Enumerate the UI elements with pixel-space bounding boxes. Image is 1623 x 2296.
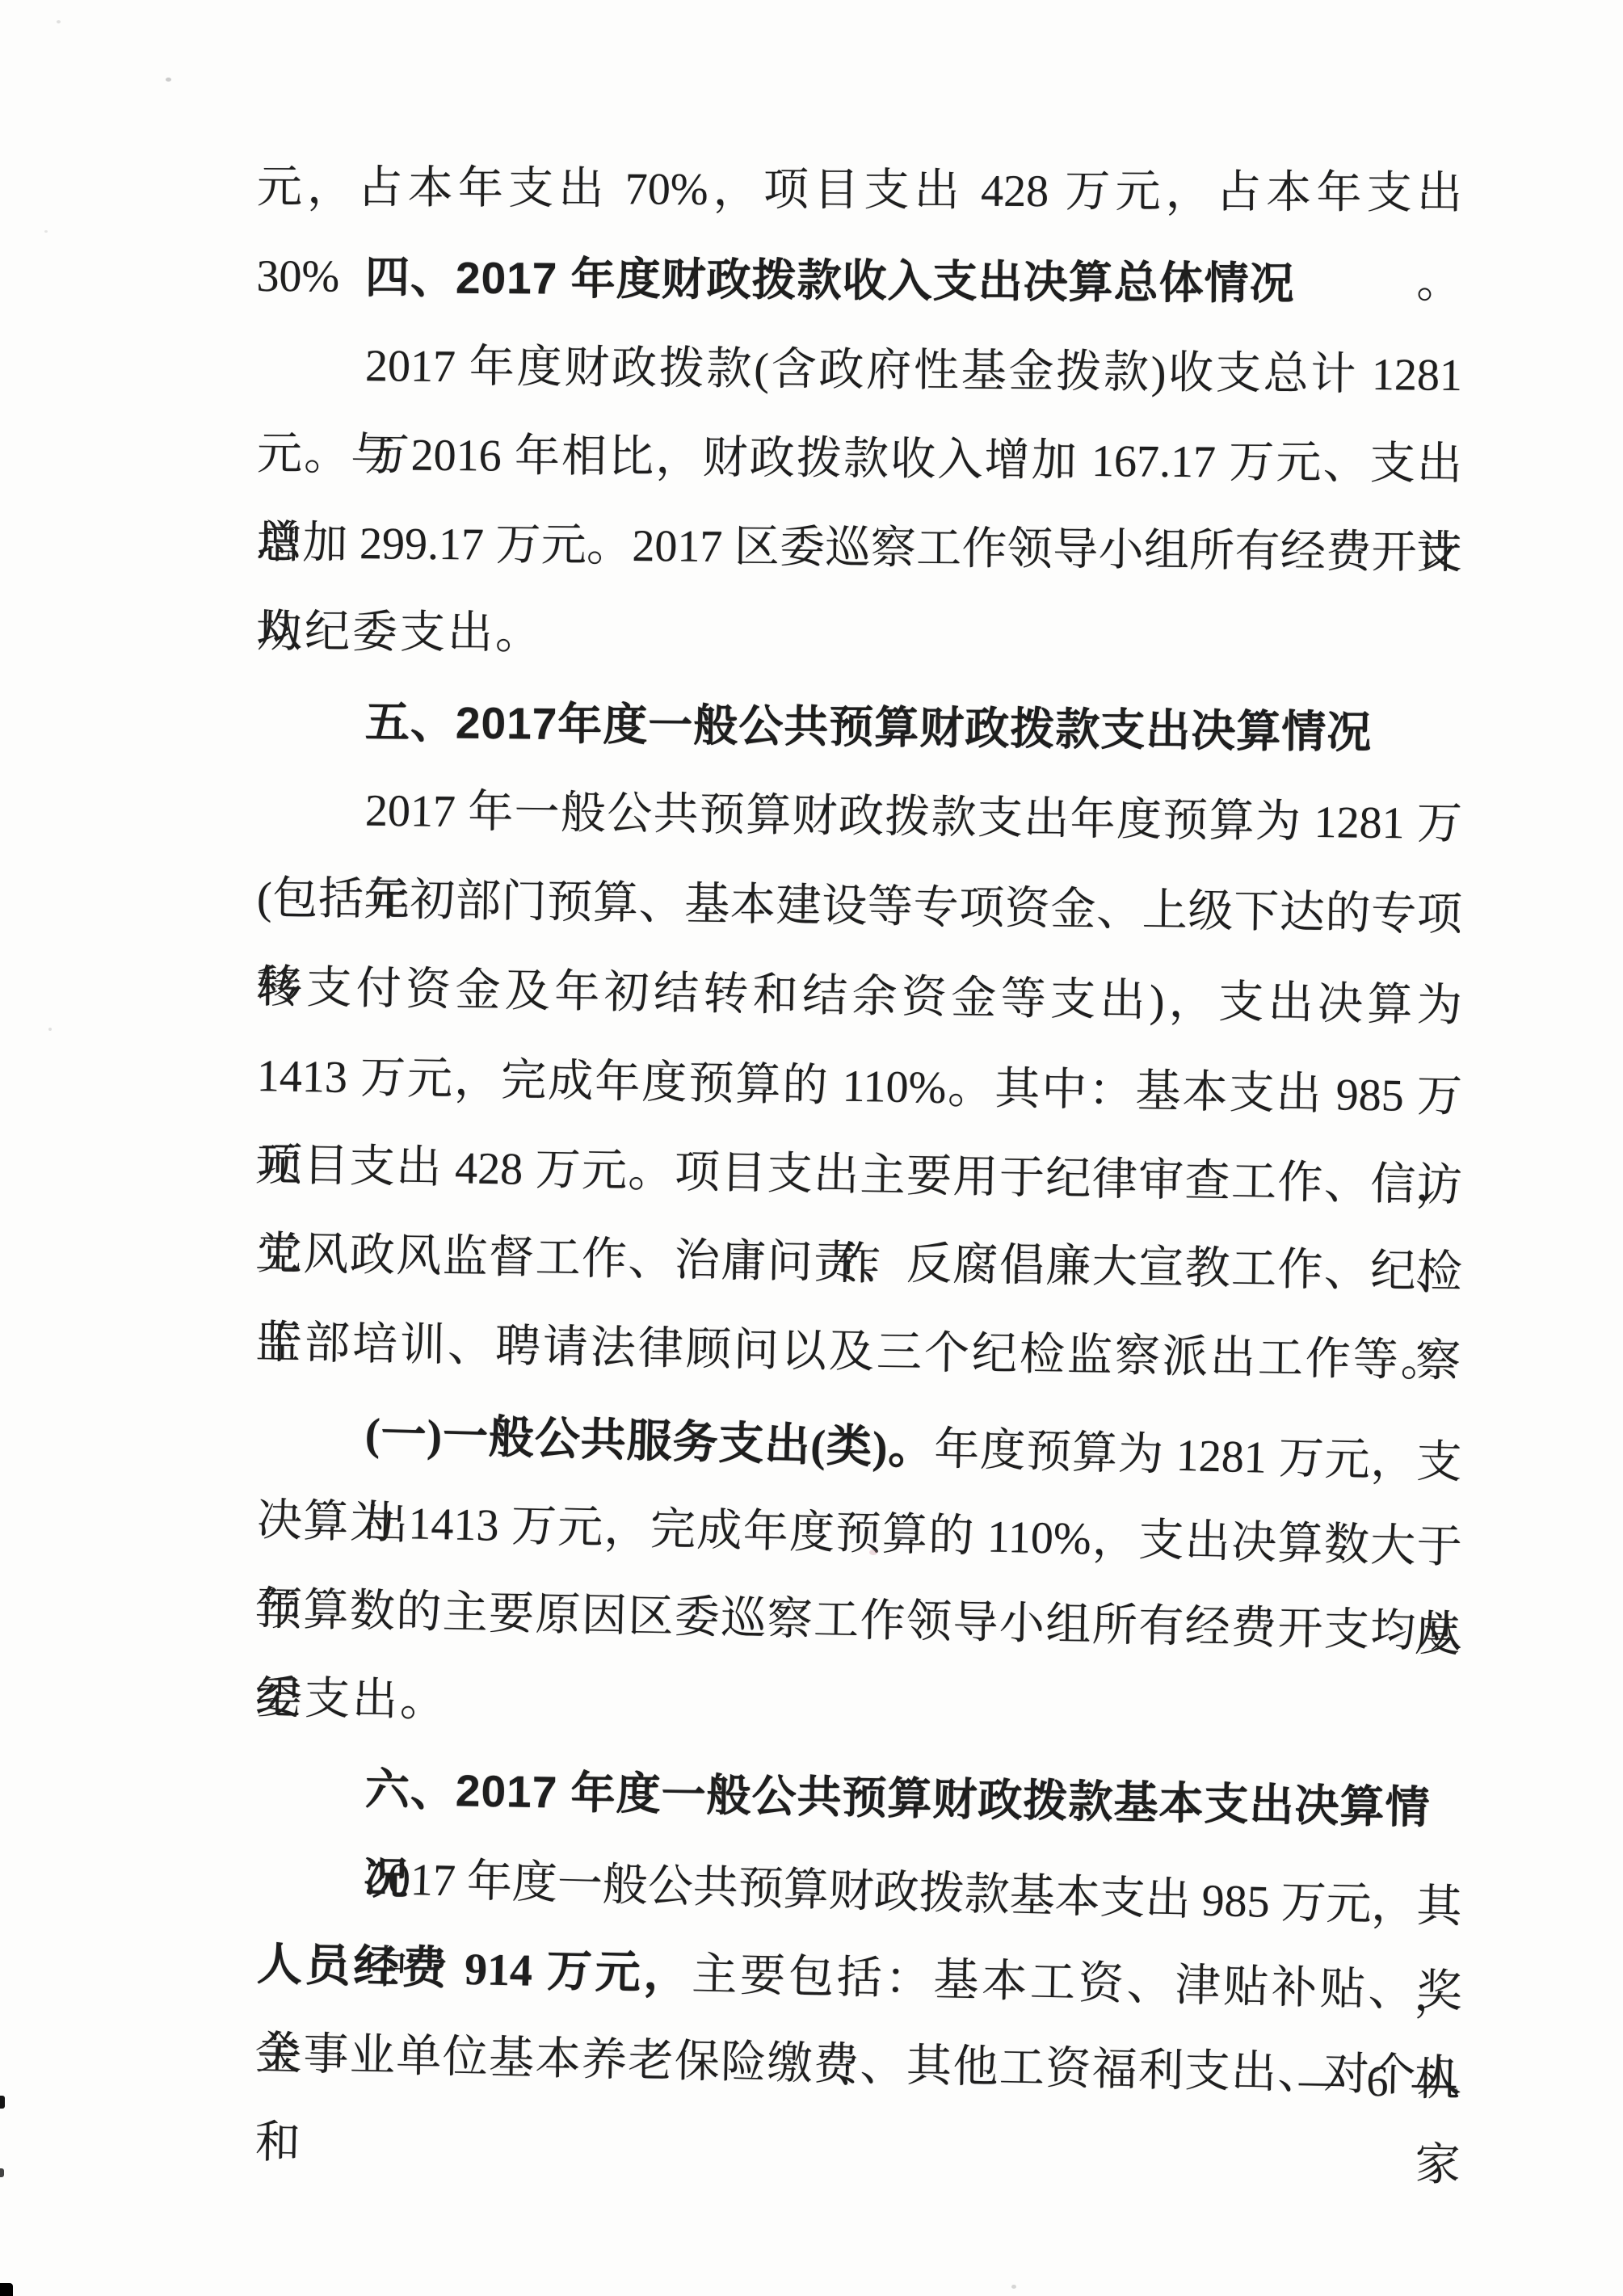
section-heading-4: 四、2017 年度财政拨款收入支出决算总体情况 xyxy=(257,232,1463,329)
paragraph-ending-line: 从纪委支出。 xyxy=(257,587,1463,684)
text-line: 元，占本年支出 70%，项目支出 428 万元，占本年支出 30%。 xyxy=(257,143,1463,238)
paragraph-opening-line: 2017 年度财政拨款(含政府性基金拨款)收支总计 1281 万 xyxy=(257,321,1463,420)
text-line: 增加 299.17 万元。2017 区委巡察工作领导小组所有经费开支均 xyxy=(257,498,1463,598)
scanned-page: 元，占本年支出 70%，项目支出 428 万元，占本年支出 30%。 四、201… xyxy=(0,0,1623,2296)
scan-corner-mark xyxy=(0,2283,13,2296)
scan-speck xyxy=(869,1550,877,1555)
scan-speck xyxy=(57,20,61,23)
paragraph-ending-line: 干部培训、聘请法律顾问以及三个纪检监察派出工作等。 xyxy=(256,1298,1463,1406)
text-line: (包括年初部门预算、基本建设等专项资金、上级下达的专项转 xyxy=(256,854,1462,960)
subsection-heading-bold-run: (一)一般公共服务支出(类)。 xyxy=(364,1410,935,1474)
scan-edge-mark xyxy=(0,2168,4,2177)
scan-speck xyxy=(1011,2285,1016,2289)
scan-edge-mark xyxy=(0,2096,5,2109)
scan-speck xyxy=(48,1028,52,1031)
document-text: 元，占本年支出 70%，项目支出 428 万元，占本年支出 30%。 四、201… xyxy=(257,143,1462,2098)
section-heading-5: 五、2017年度一般公共预算财政拨款支出决算情况 xyxy=(256,676,1462,778)
scan-speck xyxy=(166,78,171,82)
bold-run: 人员经费 914 万元， xyxy=(256,1940,692,2000)
scan-speck xyxy=(44,230,48,233)
text-line: 元。与 2016 年相比，财政拨款收入增加 167.17 万元、支出总计 xyxy=(257,410,1463,509)
paragraph-opening-line: 2017 年一般公共预算财政拨款支出年度预算为 1281 万元 xyxy=(256,765,1462,868)
